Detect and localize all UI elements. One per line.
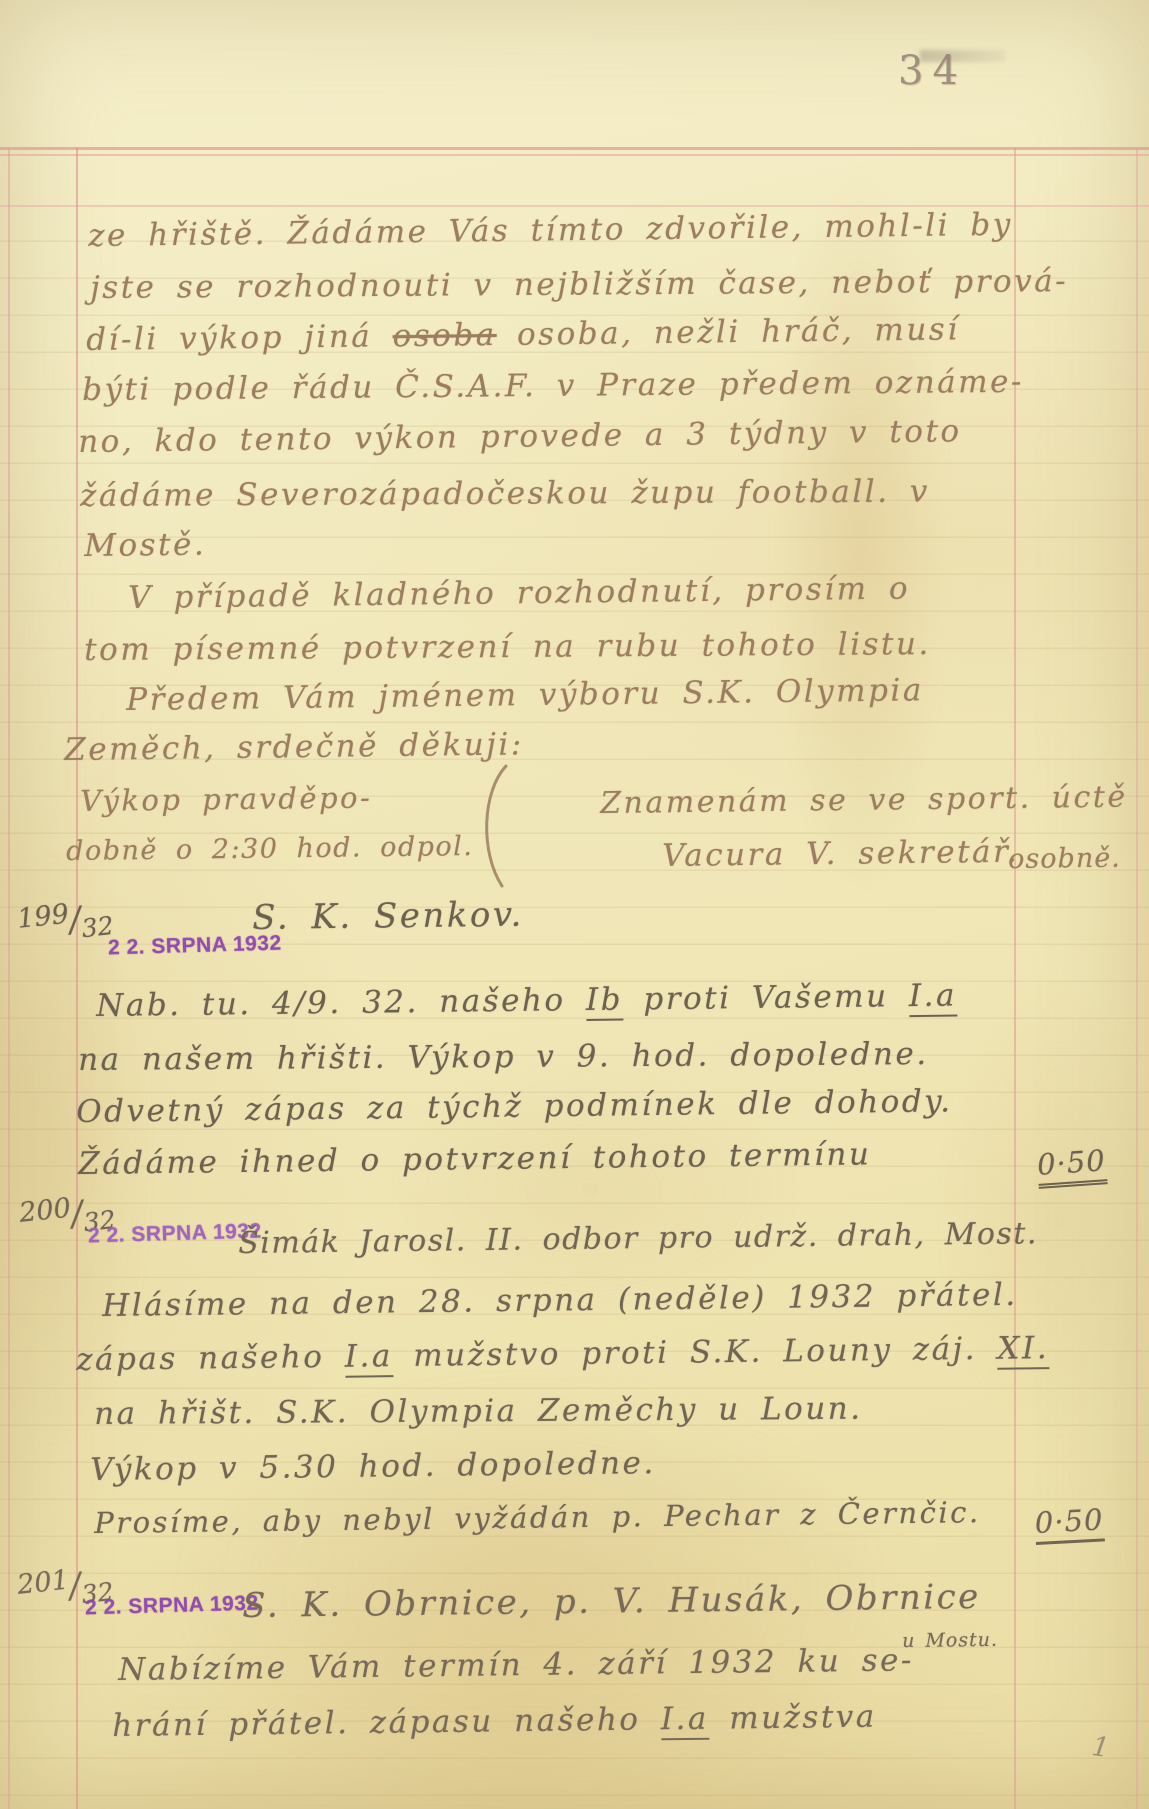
letter-line: býti podle řádu Č.S.A.F. v Praze předem … [82, 364, 1024, 408]
entry-line-part: proti Vašemu [623, 978, 909, 1017]
entry-line: Žádáme ihned o potvrzení tohoto termínu [78, 1136, 872, 1182]
entry-line: na našem hřišti. Výkop v 9. hod. dopoled… [78, 1036, 929, 1078]
letter-line-part: osoba, nežli hráč, musí [496, 311, 959, 353]
entry-number-numerator: 200 [18, 1193, 73, 1229]
entry-line: Nab. tu. 4/9. 32. našeho Ib proti Vašemu… [96, 977, 957, 1024]
letter-line: Mostě. [84, 527, 206, 564]
ledger-page: 34 ze hřiště. Žádáme Vás tímto zdvořile,… [0, 0, 1149, 1809]
letter-line: Zeměch, srdečně děkuji: [64, 726, 524, 768]
page-number: 34 [898, 48, 967, 94]
entry-line: hrání přátel. zápasu našeho I.a mužstva [112, 1699, 877, 1744]
entry-number-numerator: 201 [16, 1565, 71, 1601]
letter-line: ze hřiště. Žádáme Vás tímto zdvořile, mo… [88, 207, 1013, 254]
entry-title: Šimák Jarosl. II. odbor pro udrž. drah, … [238, 1216, 1038, 1261]
letter-line: Předem Vám jménem výboru S.K. Olympia [126, 672, 924, 718]
entry-line-part: mužstvo proti S.K. Louny záj. [393, 1331, 998, 1374]
underlined-token: I.a [345, 1338, 394, 1378]
header-rule-top [0, 147, 1149, 150]
fee-amount: 0·50 [1034, 1502, 1105, 1545]
entry-line: Hlásíme na den 28. srpna (neděle) 1932 p… [102, 1277, 1018, 1324]
margin-line-far-right [1136, 148, 1138, 1809]
struck-word: osoba [392, 317, 496, 354]
pencil-mark: 1 [1090, 1731, 1111, 1764]
underlined-token: Ib [586, 982, 624, 1021]
entry-line-part: Nab. tu. 4/9. 32. našeho [96, 982, 586, 1024]
letter-line: dí-li výkop jiná osoba osoba, nežli hráč… [86, 311, 960, 358]
letter-line: žádáme Severozápadočeskou župu football.… [80, 474, 930, 514]
letter-line-part: dí-li výkop jiná [86, 318, 393, 358]
entry-line: zápas našeho I.a mužstvo proti S.K. Loun… [76, 1330, 1049, 1378]
closing-brace [468, 762, 518, 892]
entry-title: S. K. Senkov. [252, 895, 524, 938]
underlined-token: I.a [909, 977, 958, 1017]
entry-line: Prosíme, aby nebyl vyžádán p. Pechar z Č… [94, 1495, 981, 1540]
underlined-token: XI. [997, 1330, 1049, 1370]
entry-line: na hřišt. S.K. Olympia Zeměchy u Loun. [94, 1391, 863, 1432]
entry-number: 199/32 [16, 896, 114, 946]
header-rule-top2 [0, 154, 1149, 156]
closing-signature: Vacura V. sekretář. [662, 834, 1020, 874]
letter-line: V případě kladného rozhodnutí, prosím o [128, 570, 910, 616]
paper-stain [940, 980, 1149, 1440]
date-stamp: 2 2. SRPNA 1932 [85, 1592, 259, 1621]
date-stamp: 2 2. SRPNA 1932 [88, 1220, 262, 1249]
entry-number-numerator: 199 [16, 899, 71, 935]
closing-note: osobně. [1008, 843, 1121, 875]
margin-line-far-left [8, 148, 10, 1809]
letter-line: tom písemné potvrzení na rubu tohoto lis… [84, 626, 931, 668]
entry-line-part: zápas našeho [76, 1339, 345, 1378]
entry-title: S. K. Obrnice, p. V. Husák, Obrnice [242, 1577, 981, 1626]
entry-title-note: u Mostu. [902, 1629, 998, 1652]
entry-line-part: mužstva [709, 1699, 877, 1737]
entry-line-part: hrání přátel. zápasu našeho [112, 1701, 661, 1744]
margin-line-left [76, 148, 78, 1809]
entry-line: Nabízíme Vám termín 4. září 1932 ku se- [118, 1642, 914, 1688]
closing-right-line: Znamenám se ve sport. úctě [600, 780, 1128, 821]
fee-amount: 0·50 [1036, 1143, 1107, 1189]
closing-left-line: Výkop pravděpo- [80, 780, 373, 818]
letter-line: jste se rozhodnouti v nejbližším čase, n… [90, 263, 1068, 306]
underlined-token: I.a [661, 1701, 710, 1741]
entry-line: Výkop v 5.30 hod. dopoledne. [90, 1445, 656, 1488]
closing-left-line: dobně o 2:30 hod. odpol. [66, 831, 474, 867]
letter-line: no, kdo tento výkon provede a 3 týdny v … [78, 413, 962, 460]
entry-line: Odvetný zápas za týchž podmínek dle doho… [76, 1083, 953, 1130]
